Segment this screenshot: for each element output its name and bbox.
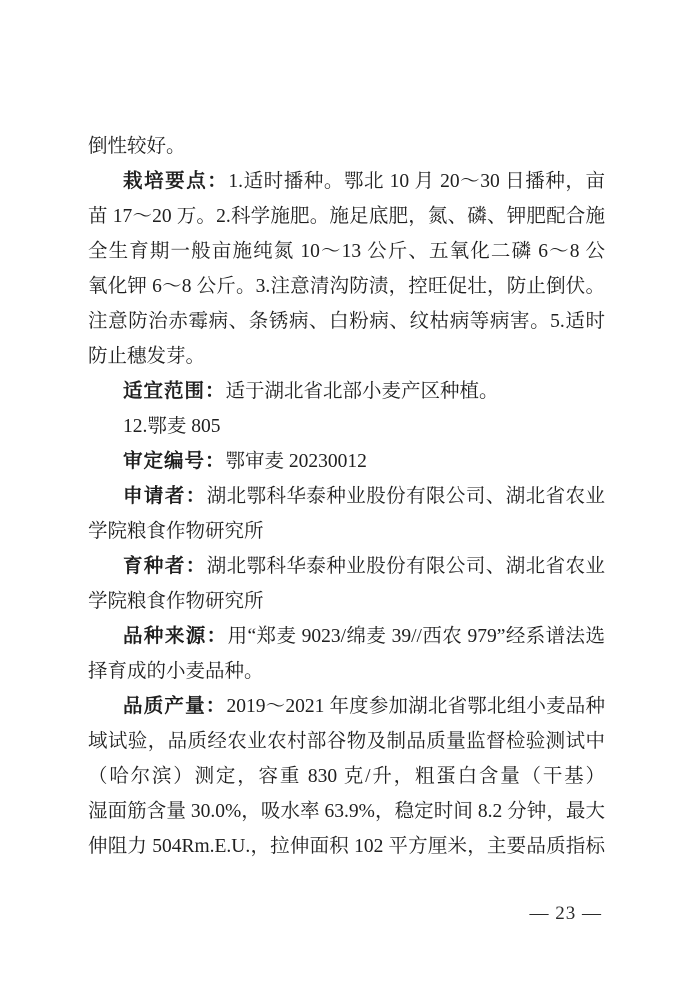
text-line: 防止穗发芽。 (88, 339, 605, 374)
text-line: 品质产量：2019～2021 年度参加湖北省鄂北组小麦品种区 (88, 689, 605, 724)
field-label: 栽培要点： (123, 170, 228, 192)
line-text: 全生育期一般亩施纯氮 10～13 公斤、五氧化二磷 6～8 公斤、 (88, 241, 605, 269)
text-line: 12.鄂麦 805 (88, 409, 605, 444)
text-line: 域试验，品质经农业农村部谷物及制品质量监督检验测试中心 (88, 724, 605, 759)
line-text: 氧化钾 6～8 公斤。3.注意清沟防渍，控旺促壮，防止倒伏。4. (88, 276, 605, 304)
field-label: 育种者： (123, 555, 207, 577)
text-line: 申请者：湖北鄂科华泰种业股份有限公司、湖北省农业科 (88, 479, 605, 514)
line-text: 用“郑麦 9023/绵麦 39//西农 979”经系谱法选 (228, 626, 605, 647)
text-line: 倒性较好。 (88, 129, 605, 164)
page-number: — 23 — (530, 903, 603, 925)
line-text: 防止穗发芽。 (88, 346, 205, 367)
line-text: 学院粮食作物研究所 (88, 591, 264, 612)
field-label: 适宜范围： (123, 380, 226, 402)
line-text: 湿面筋含量 30.0%，吸水率 63.9%，稳定时间 8.2 分钟，最大拉 (88, 801, 605, 829)
line-text: 适于湖北省北部小麦产区种植。 (226, 381, 499, 402)
line-text: 苗 17～20 万。2.科学施肥。施足底肥，氮、磷、钾肥配合施用。 (88, 206, 605, 234)
text-line: 学院粮食作物研究所 (88, 584, 605, 619)
text-line: 栽培要点：1.适时播种。鄂北 10 月 20～30 日播种，亩基本 (88, 164, 605, 199)
text-line: 全生育期一般亩施纯氮 10～13 公斤、五氧化二磷 6～8 公斤、 (88, 234, 605, 269)
line-text: 倒性较好。 (88, 136, 186, 157)
field-label: 品种来源： (123, 625, 228, 647)
text-line: 氧化钾 6～8 公斤。3.注意清沟防渍，控旺促壮，防止倒伏。4. (88, 269, 605, 304)
text-line: 学院粮食作物研究所 (88, 514, 605, 549)
text-line: 苗 17～20 万。2.科学施肥。施足底肥，氮、磷、钾肥配合施用。 (88, 199, 605, 234)
text-line: 湿面筋含量 30.0%，吸水率 63.9%，稳定时间 8.2 分钟，最大拉 (88, 794, 605, 829)
document-body: 倒性较好。 栽培要点：1.适时播种。鄂北 10 月 20～30 日播种，亩基本 … (88, 129, 605, 864)
field-label: 申请者： (123, 485, 207, 507)
text-line: 育种者：湖北鄂科华泰种业股份有限公司、湖北省农业科 (88, 549, 605, 584)
line-text: 伸阻力 504Rm.E.U.，拉伸面积 102 平方厘米，主要品质指标达 (88, 836, 605, 864)
text-line: 品种来源：用“郑麦 9023/绵麦 39//西农 979”经系谱法选 (88, 619, 605, 654)
line-text: 学院粮食作物研究所 (88, 521, 264, 542)
text-line: 审定编号：鄂审麦 20230012 (88, 444, 605, 479)
line-text: 域试验，品质经农业农村部谷物及制品质量监督检验测试中心 (88, 731, 605, 759)
text-line: 择育成的小麦品种。 (88, 654, 605, 689)
line-text: 注意防治赤霉病、条锈病、白粉病、纹枯病等病害。5.适时收获， (88, 311, 605, 339)
line-text: 择育成的小麦品种。 (88, 661, 264, 682)
text-line: （哈尔滨）测定，容重 830 克/升，粗蛋白含量（干基）14.09%， (88, 759, 605, 794)
text-line: 注意防治赤霉病、条锈病、白粉病、纹枯病等病害。5.适时收获， (88, 304, 605, 339)
text-line: 适宜范围：适于湖北省北部小麦产区种植。 (88, 374, 605, 409)
field-label: 审定编号： (123, 450, 226, 472)
line-text: （哈尔滨）测定，容重 830 克/升，粗蛋白含量（干基）14.09%， (88, 766, 605, 794)
line-text: 12.鄂麦 805 (123, 416, 221, 437)
line-text: 鄂审麦 20230012 (226, 451, 367, 472)
document-page: 倒性较好。 栽培要点：1.适时播种。鄂北 10 月 20～30 日播种，亩基本 … (0, 0, 690, 981)
field-label: 品质产量： (123, 695, 226, 717)
text-line: 伸阻力 504Rm.E.U.，拉伸面积 102 平方厘米，主要品质指标达 (88, 829, 605, 864)
